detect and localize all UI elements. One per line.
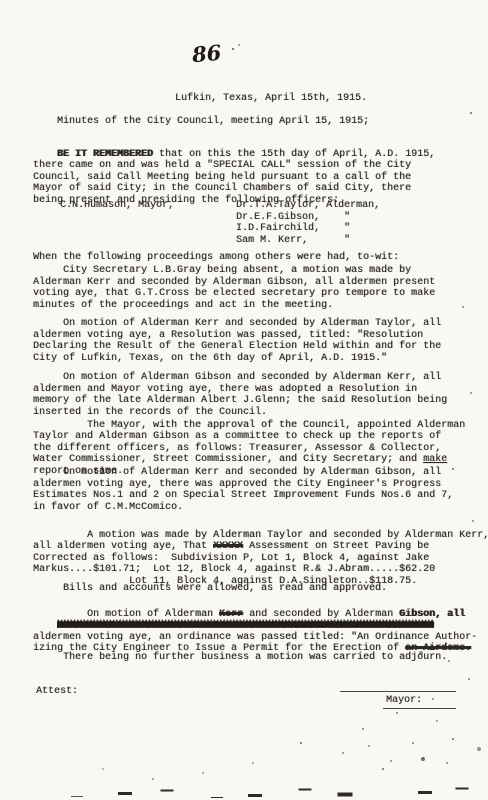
attest-label: Attest: xyxy=(36,686,78,698)
ordinance-struck-line: XXXXXXXXXXXXXXXXXXXXXXXXXXXXXXXXXXXXXXXX… xyxy=(57,620,434,631)
handwritten-page-number: 86 xyxy=(192,47,222,61)
paragraph-adjournment: There being no further business a motion… xyxy=(33,652,447,664)
mayor-label: Mayor: xyxy=(386,695,422,707)
ordinance-open: On motion of Alderman xyxy=(57,609,219,620)
dateline: Lufkin, Texas, April 15th, 1915. xyxy=(175,93,367,105)
ordinance-struck-name: Kerr xyxy=(219,609,243,620)
committee-body: The Mayor, with the approval of the Coun… xyxy=(33,420,465,466)
officers-right-column: Dr.T.A.Taylor, Alderman, Dr.E.F.Gibson, … xyxy=(236,200,380,246)
mayor-signature-line xyxy=(340,691,456,692)
ordinance-mid: and seconded by Alderman xyxy=(243,609,399,620)
scan-noise-dashes xyxy=(0,0,14,3)
ordinance-smudged-name: Gibson, all xyxy=(399,609,465,620)
paragraph-bills: Bills and accounts were allowed, as read… xyxy=(33,583,387,595)
be-it-remembered-lead: BE IT REMEMBERED xyxy=(57,149,153,160)
paragraph-engineer-estimates: On motion of Alderman Kerr and seconded … xyxy=(33,467,453,513)
paragraph-election-resolution: On motion of Alderman Kerr and seconded … xyxy=(33,318,441,364)
committee-underlined-word: make xyxy=(423,454,447,465)
document-title: Minutes of the City Council, meeting Apr… xyxy=(57,116,369,128)
proceedings-intro: When the following proceedings among oth… xyxy=(33,252,399,264)
paragraph-secretary-pro-tem: City Secretary L.B.Gray being absent, a … xyxy=(33,265,435,311)
assessment-struck-word: XXXXX xyxy=(213,541,243,552)
mayor-label-underline xyxy=(383,708,456,709)
scanned-minutes-page: 86 Lufkin, Texas, April 15th, 1915. Minu… xyxy=(0,0,488,800)
officers-left-column: C.N.Humason, Mayor, xyxy=(60,200,174,212)
